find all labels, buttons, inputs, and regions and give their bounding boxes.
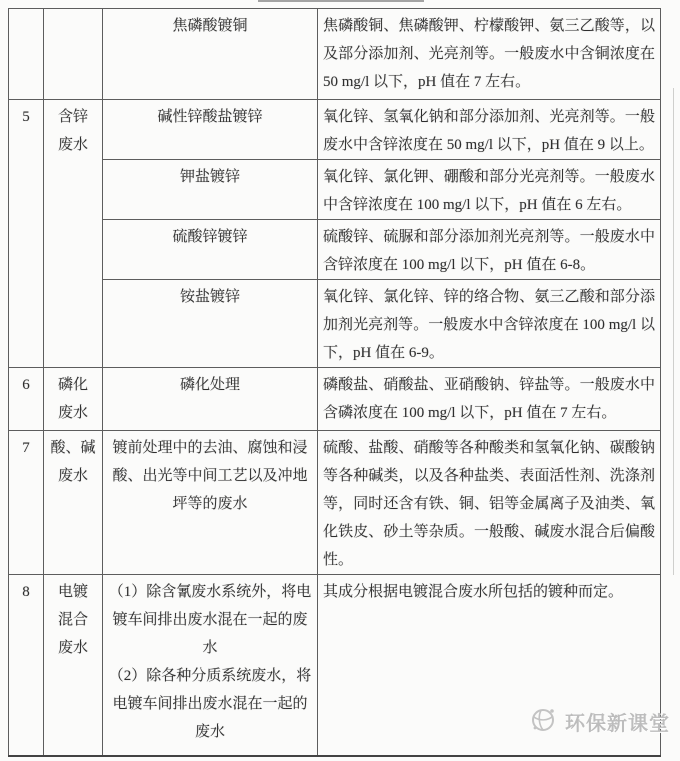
composition-cell: 磷酸盐、硝酸盐、亚硝酸钠、锌盐等。一般废水中含磷浓度在 100 mg/l 以下，… [318,368,661,431]
scan-artifact-right-edge [673,88,674,575]
composition-cell: 氧化锌、氯化锌、锌的络合物、氨三乙酸和部分添加剂光亮剂等。一般废水中含锌浓度在 … [318,280,661,368]
watermark: 环保新课堂 [527,703,670,740]
wastewater-type-cell: 酸、碱 废水 [44,431,103,575]
watermark-text: 环保新课堂 [565,707,670,736]
globe-icon [527,703,559,740]
table-subrow-zinc-sulfate: 硫酸锌镀锌 硫酸锌、硫脲和部分添加剂光亮剂等。一般废水中含锌浓度在 100 mg… [9,220,661,280]
process-cell: 铵盐镀锌 [103,280,318,368]
row-number-cell: 7 [9,431,44,575]
process-cell: 硫酸锌镀锌 [103,220,318,280]
row-number-cell: 8 [9,575,44,756]
composition-cell: 硫酸、盐酸、硝酸等各种酸类和氢氧化钠、碳酸钠等各种碱类，以及各种盐类、表面活性剂… [318,431,661,575]
row-number-cell [9,9,44,100]
process-cell: 焦磷酸镀铜 [103,9,318,100]
table-subrow-zinc-ammonium: 铵盐镀锌 氧化锌、氯化锌、锌的络合物、氨三乙酸和部分添加剂光亮剂等。一般废水中含… [9,280,661,368]
row-number-cell: 5 [9,100,44,368]
process-cell: 钾盐镀锌 [103,160,318,220]
process-cell: 磷化处理 [103,368,318,431]
table-subrow-zinc-potassium: 钾盐镀锌 氧化锌、氯化钾、硼酸和部分光亮剂等。一般废水中含锌浓度在 100 mg… [9,160,661,220]
composition-cell: 焦磷酸铜、焦磷酸钾、柠檬酸钾、氨三乙酸等，以及部分添加剂、光亮剂等。一般废水中含… [318,9,661,100]
composition-cell: 硫酸锌、硫脲和部分添加剂光亮剂等。一般废水中含锌浓度在 100 mg/l 以下，… [318,220,661,280]
table-row-zinc: 5 含锌 废水 碱性锌酸盐镀锌 氧化锌、氢氧化钠和部分添加剂、光亮剂等。一般废水… [9,100,661,160]
process-cell: 碱性锌酸盐镀锌 [103,100,318,160]
wastewater-type-cell: 含锌 废水 [44,100,103,368]
wastewater-type-cell: 磷化 废水 [44,368,103,431]
table-row-copper-continued: 焦磷酸镀铜 焦磷酸铜、焦磷酸钾、柠檬酸钾、氨三乙酸等，以及部分添加剂、光亮剂等。… [9,9,661,100]
wastewater-classification-table: 焦磷酸镀铜 焦磷酸铜、焦磷酸钾、柠檬酸钾、氨三乙酸等，以及部分添加剂、光亮剂等。… [8,8,661,757]
row-number-cell: 6 [9,368,44,431]
process-cell: 镀前处理中的去油、腐蚀和浸酸、出光等中间工艺以及冲地坪等的废水 [103,431,318,575]
table-row-phosphating: 6 磷化 废水 磷化处理 磷酸盐、硝酸盐、亚硝酸钠、锌盐等。一般废水中含磷浓度在… [9,368,661,431]
wastewater-type-cell [44,9,103,100]
scanned-document-page: 焦磷酸镀铜 焦磷酸铜、焦磷酸钾、柠檬酸钾、氨三乙酸等，以及部分添加剂、光亮剂等。… [0,0,680,761]
table-row-acid-alkali: 7 酸、碱 废水 镀前处理中的去油、腐蚀和浸酸、出光等中间工艺以及冲地坪等的废水… [9,431,661,575]
composition-cell: 氧化锌、氯化钾、硼酸和部分光亮剂等。一般废水中含锌浓度在 100 mg/l 以下… [318,160,661,220]
scan-artifact-top-line [258,0,424,2]
process-cell: （1）除含氰废水系统外，将电镀车间排出废水混在一起的废水 （2）除各种分质系统废… [103,575,318,756]
wastewater-type-cell: 电镀 混合 废水 [44,575,103,756]
composition-cell: 氧化锌、氢氧化钠和部分添加剂、光亮剂等。一般废水中含锌浓度在 50 mg/l 以… [318,100,661,160]
